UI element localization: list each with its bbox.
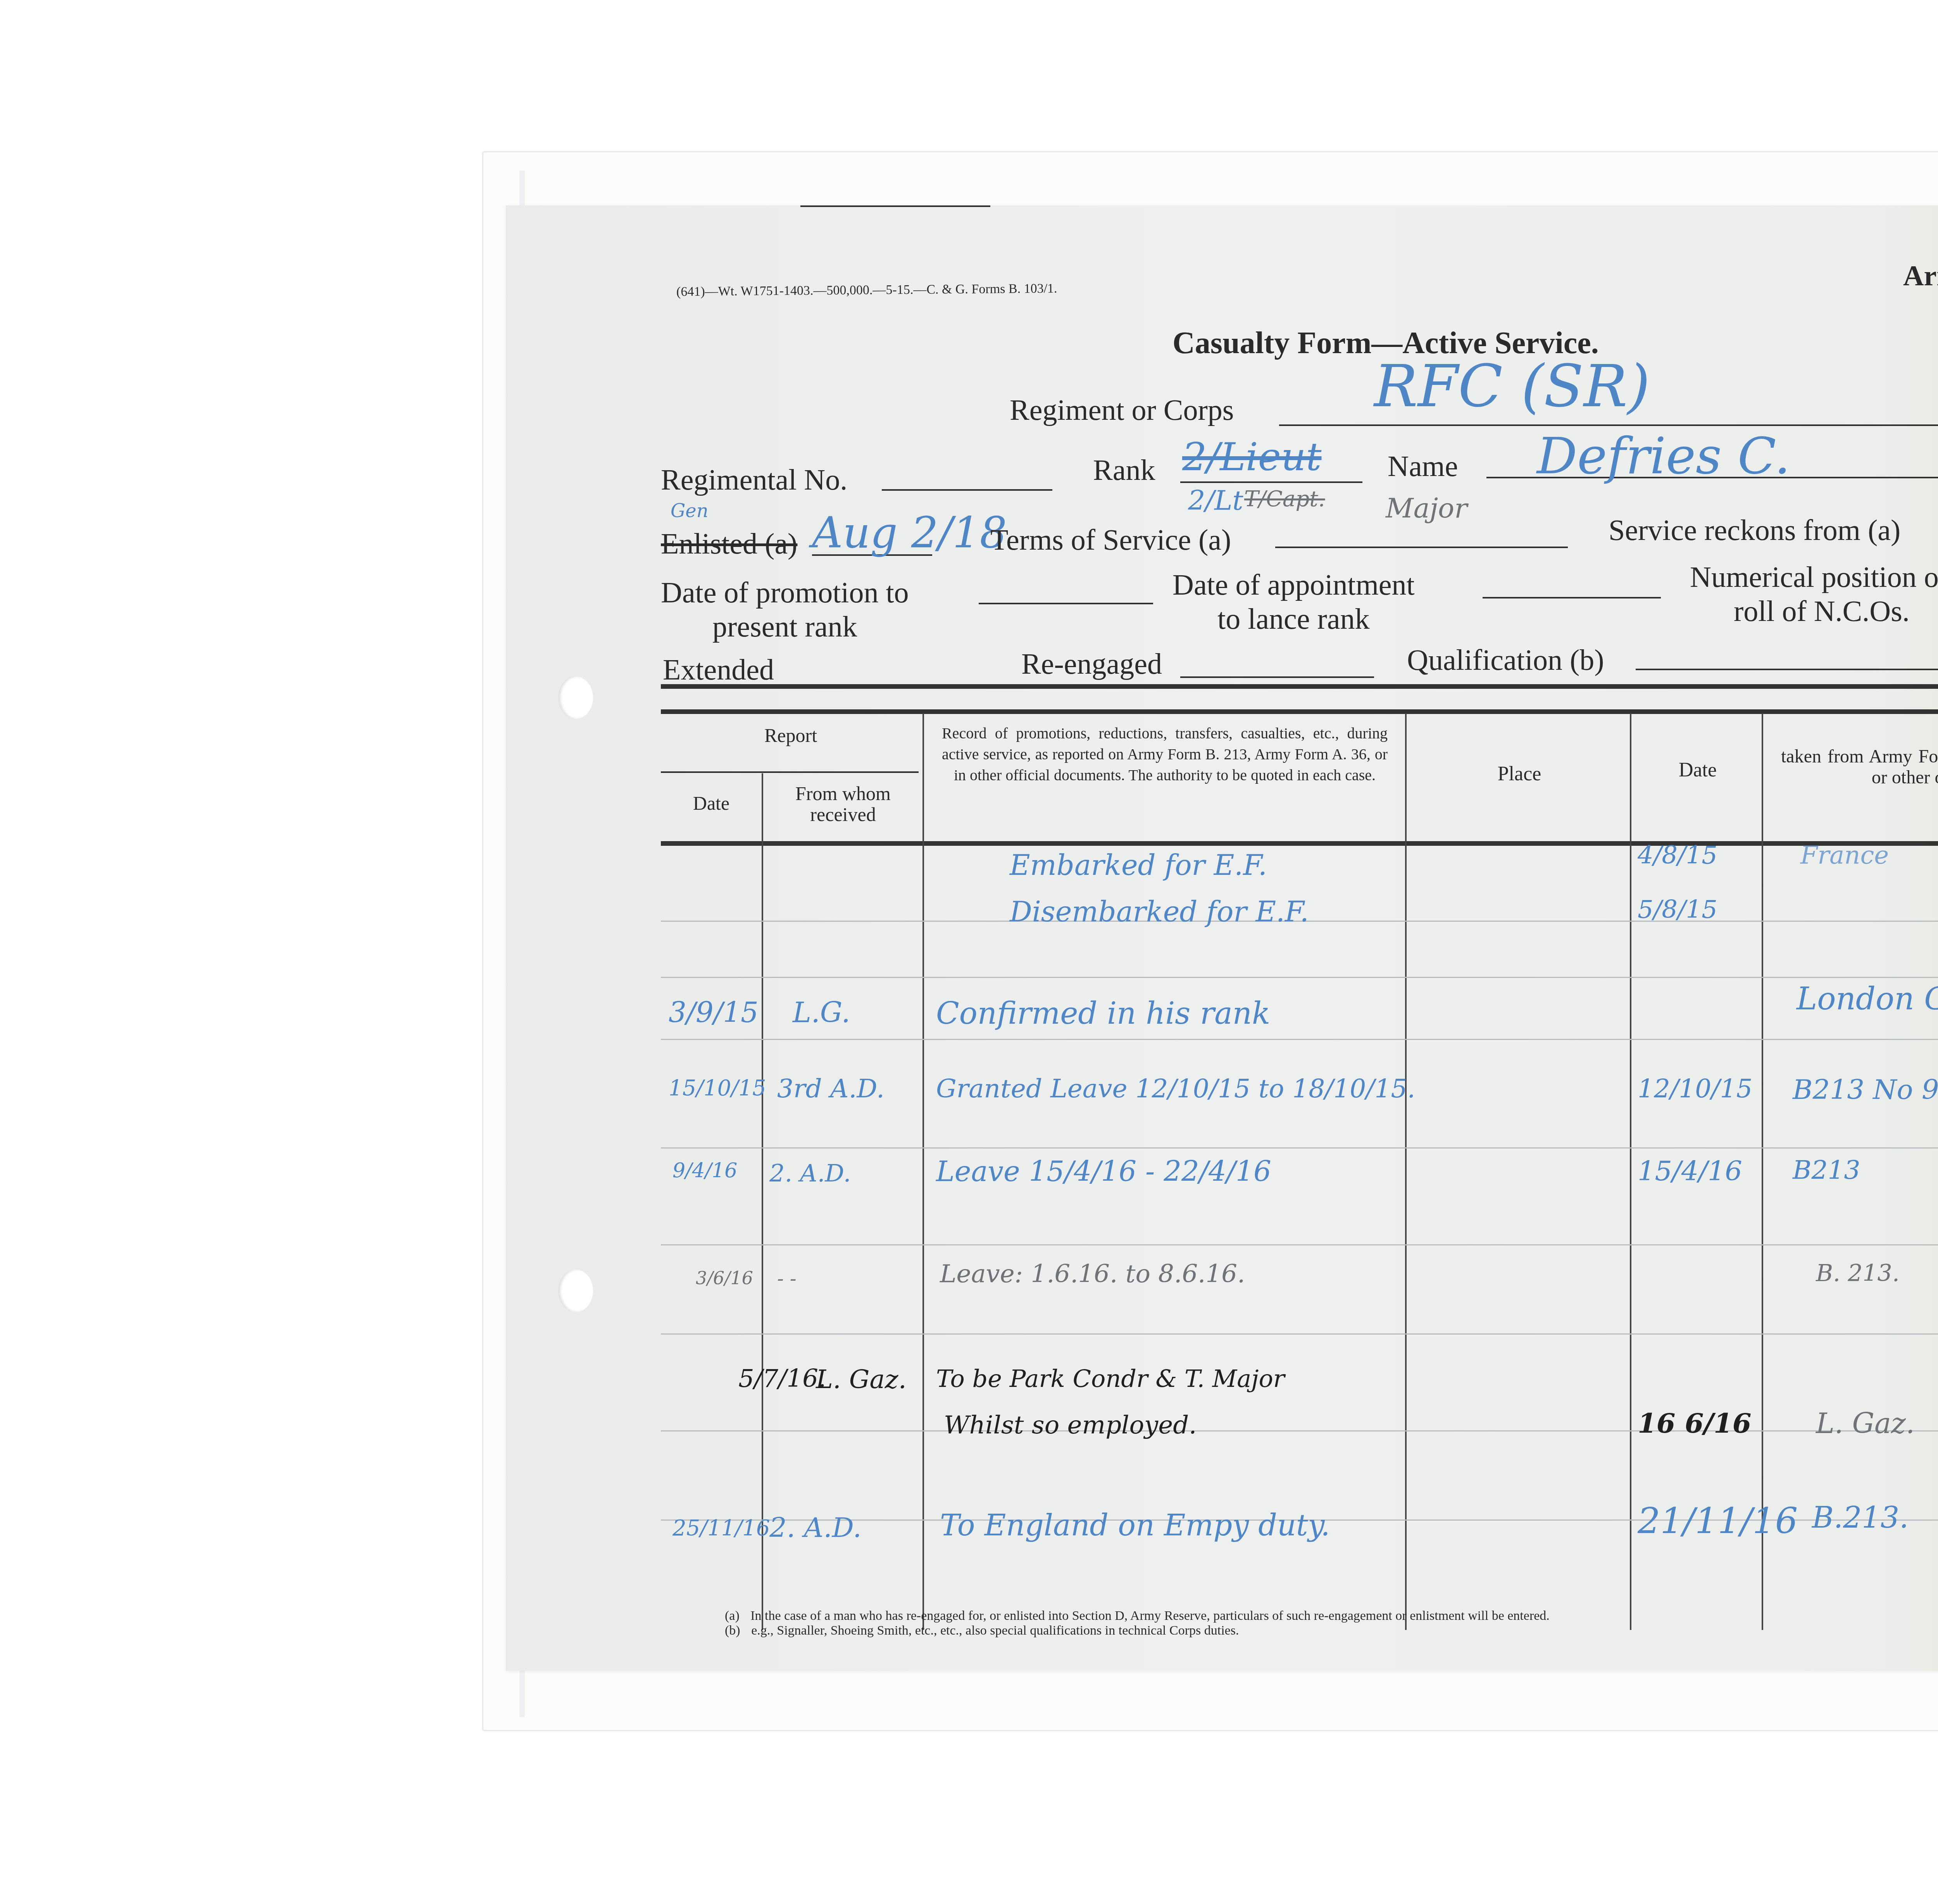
- promotion-label-line2: present rank: [661, 610, 909, 644]
- row-rule: [661, 977, 1938, 978]
- row5-date: 15/4/16: [1638, 1155, 1742, 1187]
- punch-hole-top: [558, 676, 593, 719]
- row9-record: To England on Empy duty.: [940, 1508, 1330, 1542]
- regiment-underline: [1279, 424, 1938, 426]
- numerical-label-line2: roll of N.C.Os.: [1690, 594, 1938, 628]
- regimental-no-field[interactable]: [882, 489, 1052, 491]
- appointment-label-line1: Date of appointment: [1172, 568, 1415, 602]
- rank-value-struck: 2/Lieut: [1182, 434, 1321, 479]
- numerical-label-line1: Numerical position on: [1690, 560, 1938, 594]
- row-rule: [661, 1039, 1938, 1040]
- row1-date: 4/8/15: [1638, 841, 1717, 870]
- row5-from-whom: 2. A.D.: [769, 1159, 851, 1187]
- row4-from-whom: 3rd A.D.: [777, 1074, 885, 1104]
- promotion-label: Date of promotion to present rank: [661, 576, 909, 644]
- enlisted-annotation: Gen: [671, 500, 709, 522]
- row6-from-whom: - -: [777, 1268, 797, 1290]
- row6-record: Leave: 1.6.16. to 8.6.16.: [940, 1260, 1245, 1288]
- service-reckons-label: Service reckons from (a): [1609, 514, 1900, 547]
- col-divider-date: [762, 773, 763, 1630]
- row2-date: 5/8/15: [1638, 895, 1717, 924]
- row5-remarks: B213: [1793, 1155, 1860, 1185]
- name-value[interactable]: Defries C.: [1537, 426, 1790, 485]
- footnote-b-marker: (b): [725, 1623, 740, 1638]
- row8-record: Whilst so employed.: [944, 1411, 1197, 1440]
- footnote-a-text: In the case of a man who has re-engaged …: [750, 1609, 1550, 1623]
- form-id: Army Form B. 103.: [1903, 260, 1938, 293]
- row7-date: 16 6/16: [1638, 1407, 1751, 1439]
- row9-from-whom: 2. A.D.: [769, 1512, 862, 1544]
- row5-record: Leave 15/4/16 - 22/4/16: [936, 1155, 1271, 1188]
- rank-label: Rank: [1093, 454, 1155, 487]
- enlisted-label: Enlisted (a): [661, 527, 797, 561]
- row-rule: [661, 1333, 1938, 1335]
- reengaged-label: Re-engaged: [1021, 647, 1162, 681]
- row9-remarks: B.213.: [1812, 1500, 1909, 1535]
- rank-value-tcapt: T/Capt.: [1244, 486, 1325, 512]
- row-rule: [661, 1147, 1938, 1149]
- print-code: (641)—Wt. W1751-1403.—500,000.—5-15.—C. …: [676, 281, 1057, 300]
- header-remarks-title: Remarks: [1781, 723, 1938, 744]
- name-label: Name: [1388, 450, 1458, 483]
- appointment-label: Date of appointment to lance rank: [1172, 568, 1415, 636]
- header-record: Record of promotions, reductions, transf…: [942, 723, 1388, 786]
- army-form-paper: (641)—Wt. W1751-1403.—500,000.—5-15.—C. …: [506, 205, 1938, 1671]
- header-report: Report: [661, 725, 921, 746]
- header-remarks-body: taken from Army Form B. 213, Army Form A…: [1781, 746, 1938, 788]
- row3-remarks: London Gazette: [1797, 981, 1938, 1017]
- rank-value-2lt: 2/Lt: [1188, 485, 1243, 516]
- col-divider-from: [922, 713, 924, 1630]
- header-from-whom: From whom received: [773, 783, 913, 825]
- rank-value-major[interactable]: Major: [1386, 492, 1467, 524]
- enlisted-value[interactable]: Aug 2/18: [812, 508, 1007, 557]
- header-date2: Date: [1634, 760, 1762, 781]
- row7-report-date: 5/7/16.: [738, 1364, 826, 1393]
- row7-record: To be Park Condr & T. Major: [936, 1364, 1285, 1393]
- footnote-a-marker: (a): [725, 1609, 740, 1623]
- row4-report-date: 15/10/15: [669, 1076, 766, 1101]
- header-place: Place: [1409, 764, 1630, 785]
- row4-record: Granted Leave 12/10/15 to 18/10/15.: [936, 1074, 1416, 1104]
- footnote-b: (b) e.g., Signaller, Shoeing Smith, etc.…: [725, 1623, 1239, 1638]
- punch-hole-bottom: [558, 1269, 593, 1312]
- row6-report-date: 3/6/16: [696, 1268, 753, 1288]
- table-header-bottom-rule: [661, 841, 1938, 846]
- extended-field[interactable]: [800, 205, 990, 207]
- col-divider-place: [1630, 713, 1631, 1630]
- footnote-a: (a) In the case of a man who has re-enga…: [725, 1609, 1550, 1623]
- row7-from-whom: L. Gaz.: [816, 1364, 907, 1394]
- row-rule: [661, 1244, 1938, 1245]
- row3-report-date: 3/9/15: [669, 996, 759, 1029]
- row1-record: Embarked for E.F.: [1010, 849, 1267, 881]
- row6-remarks: B. 213.: [1816, 1260, 1900, 1287]
- row5-report-date: 9/4/16: [672, 1159, 737, 1182]
- row2-record: Disembarked for E.F.: [1010, 895, 1309, 928]
- reengaged-field[interactable]: [1180, 676, 1374, 678]
- regimental-no-label: Regimental No.: [661, 463, 847, 497]
- regiment-value[interactable]: RFC (SR): [1374, 353, 1650, 420]
- appointment-field[interactable]: [1483, 597, 1661, 598]
- promotion-label-line1: Date of promotion to: [661, 576, 909, 610]
- numerical-label: Numerical position on roll of N.C.Os.: [1690, 560, 1938, 628]
- row9-report-date: 25/11/16: [672, 1516, 770, 1541]
- row9-date: 21/11/16: [1638, 1500, 1798, 1542]
- row3-record: Confirmed in his rank: [936, 996, 1270, 1031]
- col-divider-date2: [1762, 713, 1763, 1630]
- extended-label: Extended: [663, 653, 774, 687]
- row1-remarks: France: [1800, 841, 1889, 870]
- terms-label: Terms of Service (a): [990, 523, 1231, 557]
- row4-remarks: B213 No 933: [1793, 1074, 1938, 1105]
- qualification-label: Qualification (b): [1407, 643, 1604, 677]
- row7-remarks: L. Gaz.: [1816, 1407, 1915, 1440]
- appointment-label-line2: to lance rank: [1172, 602, 1415, 636]
- regiment-label: Regiment or Corps: [1010, 393, 1234, 427]
- table-top-rule: [661, 684, 1938, 689]
- promotion-field[interactable]: [979, 603, 1153, 604]
- report-subheader-rule: [661, 771, 919, 773]
- row3-from-whom: L.G.: [793, 996, 850, 1029]
- row4-date: 12/10/15: [1638, 1074, 1752, 1104]
- footnote-b-text: e.g., Signaller, Shoeing Smith, etc., et…: [751, 1623, 1239, 1638]
- col-divider-record: [1405, 713, 1407, 1630]
- rank-underline: [1180, 481, 1362, 483]
- terms-field[interactable]: [1275, 547, 1568, 548]
- header-date: Date: [661, 793, 762, 814]
- qualification-field[interactable]: [1636, 669, 1938, 670]
- table-header-rule: [661, 709, 1938, 714]
